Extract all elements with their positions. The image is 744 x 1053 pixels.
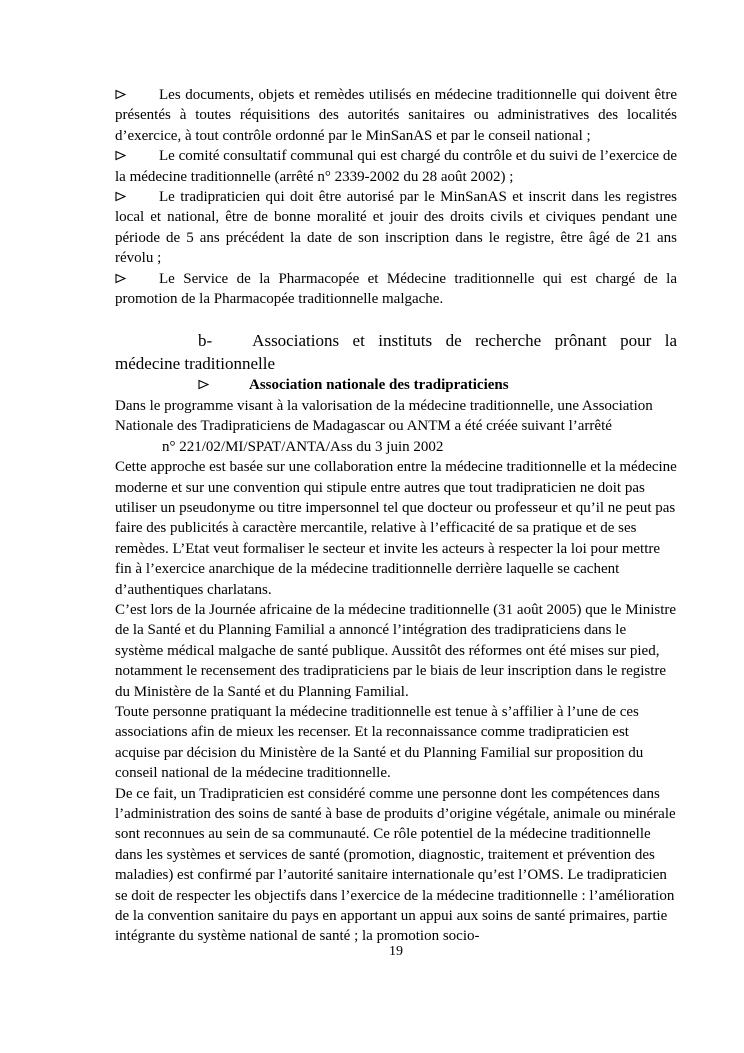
- paragraph-approche: Cette approche est basée sur une collabo…: [115, 457, 677, 600]
- arrow-bullet-icon: [115, 187, 159, 207]
- page-content: Les documents, objets et remèdes utilisé…: [115, 85, 677, 947]
- sub-section-bullet: Association nationale des tradipraticien…: [115, 375, 677, 395]
- bullet-item: Les documents, objets et remèdes utilisé…: [115, 85, 677, 146]
- bullet-item: Le Service de la Pharmacopée et Médecine…: [115, 269, 677, 310]
- arrow-bullet-icon: [198, 375, 249, 395]
- paragraph-journee-africaine: C’est lors de la Journée africaine de la…: [115, 600, 677, 702]
- bullet-text: Le tradipraticien qui doit être autorisé…: [115, 189, 677, 266]
- bullet-text: Le Service de la Pharmacopée et Médecine…: [115, 271, 677, 307]
- arrow-bullet-icon: [115, 269, 159, 289]
- page-number: 19: [115, 943, 677, 961]
- bullet-item: Le tradipraticien qui doit être autorisé…: [115, 187, 677, 269]
- paragraph-definition-tradipraticien: De ce fait, un Tradipraticien est consid…: [115, 784, 677, 947]
- bullet-text: Les documents, objets et remèdes utilisé…: [115, 87, 677, 144]
- sub-section-title: Association nationale des tradipraticien…: [249, 377, 509, 393]
- section-heading: b-Associations et instituts de recherche…: [115, 329, 677, 375]
- section-heading-label: b-: [198, 331, 212, 350]
- bullet-text: Le comité consultatif communal qui est c…: [115, 148, 677, 184]
- paragraph-antm: Dans le programme visant à la valorisati…: [115, 396, 677, 437]
- paragraph-antm-reference: n° 221/02/MI/SPAT/ANTA/Ass du 3 juin 200…: [115, 437, 677, 457]
- bullet-item: Le comité consultatif communal qui est c…: [115, 146, 677, 187]
- arrow-bullet-icon: [115, 146, 159, 166]
- document-page: Les documents, objets et remèdes utilisé…: [0, 0, 744, 1053]
- paragraph-affiliation: Toute personne pratiquant la médecine tr…: [115, 702, 677, 784]
- arrow-bullet-icon: [115, 85, 159, 105]
